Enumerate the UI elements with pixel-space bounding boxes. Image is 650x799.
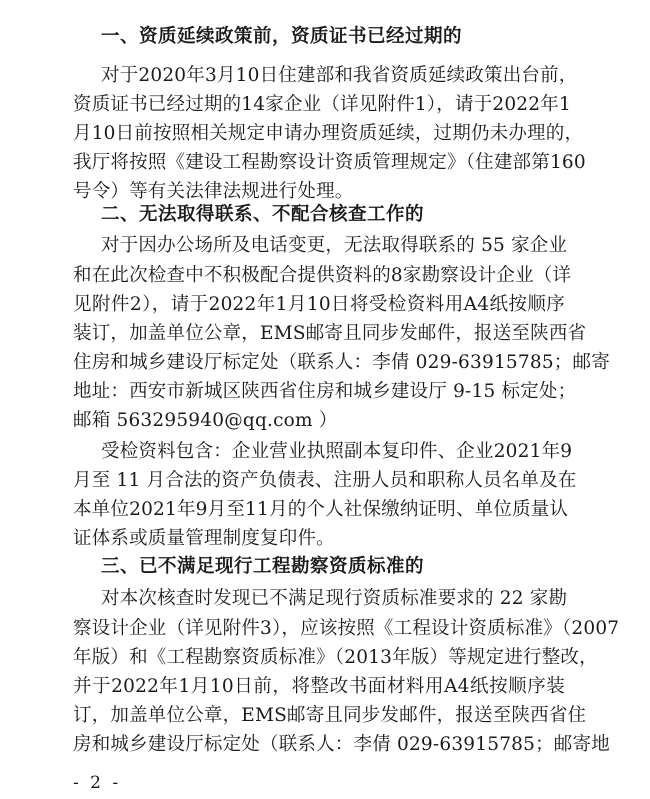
paragraph-line: 对于因办公场所及电话变更，无法取得联系的 55 家企业: [101, 234, 565, 258]
paragraph-line: 证体系或质量管理制度复印件。: [73, 527, 565, 551]
paragraph-line: 对于2020年3月10日住建部和我省资质延续政策出台前，: [101, 64, 565, 88]
paragraph-line: 住房和城乡建设厅标定处（联系人：李倩 029-63915785；邮寄: [73, 351, 565, 375]
paragraph-line: 本单位2021年9月至11月的个人社保缴纳证明、单位质量认: [73, 498, 565, 522]
paragraph-line: 对本次核查时发现已不满足现行资质标准要求的 22 家勘: [101, 587, 565, 611]
paragraph-line: 订，加盖单位公章，EMS邮寄且同步发邮件，报送至陕西省住: [73, 704, 565, 728]
paragraph-line: 地址：西安市新城区陕西省住房和城乡建设厅 9-15 标定处；: [73, 380, 565, 404]
paragraph-line: 受检资料包含：企业营业执照副本复印件、企业2021年9: [101, 440, 565, 464]
paragraph-line: 年版）和《工程勘察资质标准》（2013年版）等规定进行整改，: [73, 646, 565, 670]
paragraph-line: 资质证书已经过期的14家企业（详见附件1），请于2022年1: [73, 93, 565, 117]
document-page: 一、资质延续政策前，资质证书已经过期的 对于2020年3月10日住建部和我省资质…: [0, 0, 650, 799]
paragraph-line: 邮箱 563295940@qq.com ）: [73, 409, 565, 433]
section-heading-1: 一、资质延续政策前，资质证书已经过期的: [101, 25, 462, 49]
paragraph-line: 并于2022年1月10日前，将整改书面材料用A4纸按顺序装: [73, 675, 565, 699]
paragraph-line: 装订，加盖单位公章，EMS邮寄且同步发邮件，报送至陕西省: [73, 322, 565, 346]
paragraph-line: 号令）等有关法律法规进行处理。: [73, 180, 565, 204]
paragraph-line: 月至 11 月合法的资产负债表、注册人员和职称人员名单及在: [73, 469, 565, 493]
page-number: - 2 -: [73, 772, 121, 794]
paragraph-line: 我厅将按照《建设工程勘察设计资质管理规定》（住建部第160: [73, 151, 565, 175]
paragraph-line: 见附件2），请于2022年1月10日将受检资料用A4纸按顺序: [73, 293, 565, 317]
paragraph-line: 月10日前按照相关规定申请办理资质延续，过期仍未办理的，: [73, 122, 565, 146]
paragraph-line: 房和城乡建设厅标定处（联系人：李倩 029-63915785；邮寄地: [73, 733, 565, 757]
paragraph-line: 察设计企业（详见附件3），应该按照《工程设计资质标准》（2007: [73, 617, 565, 641]
paragraph-line: 和在此次检查中不积极配合提供资料的8家勘察设计企业（详: [73, 264, 565, 288]
section-heading-2: 二、无法取得联系、不配合核查工作的: [101, 203, 424, 227]
section-heading-3: 三、已不满足现行工程勘察资质标准的: [101, 555, 424, 579]
